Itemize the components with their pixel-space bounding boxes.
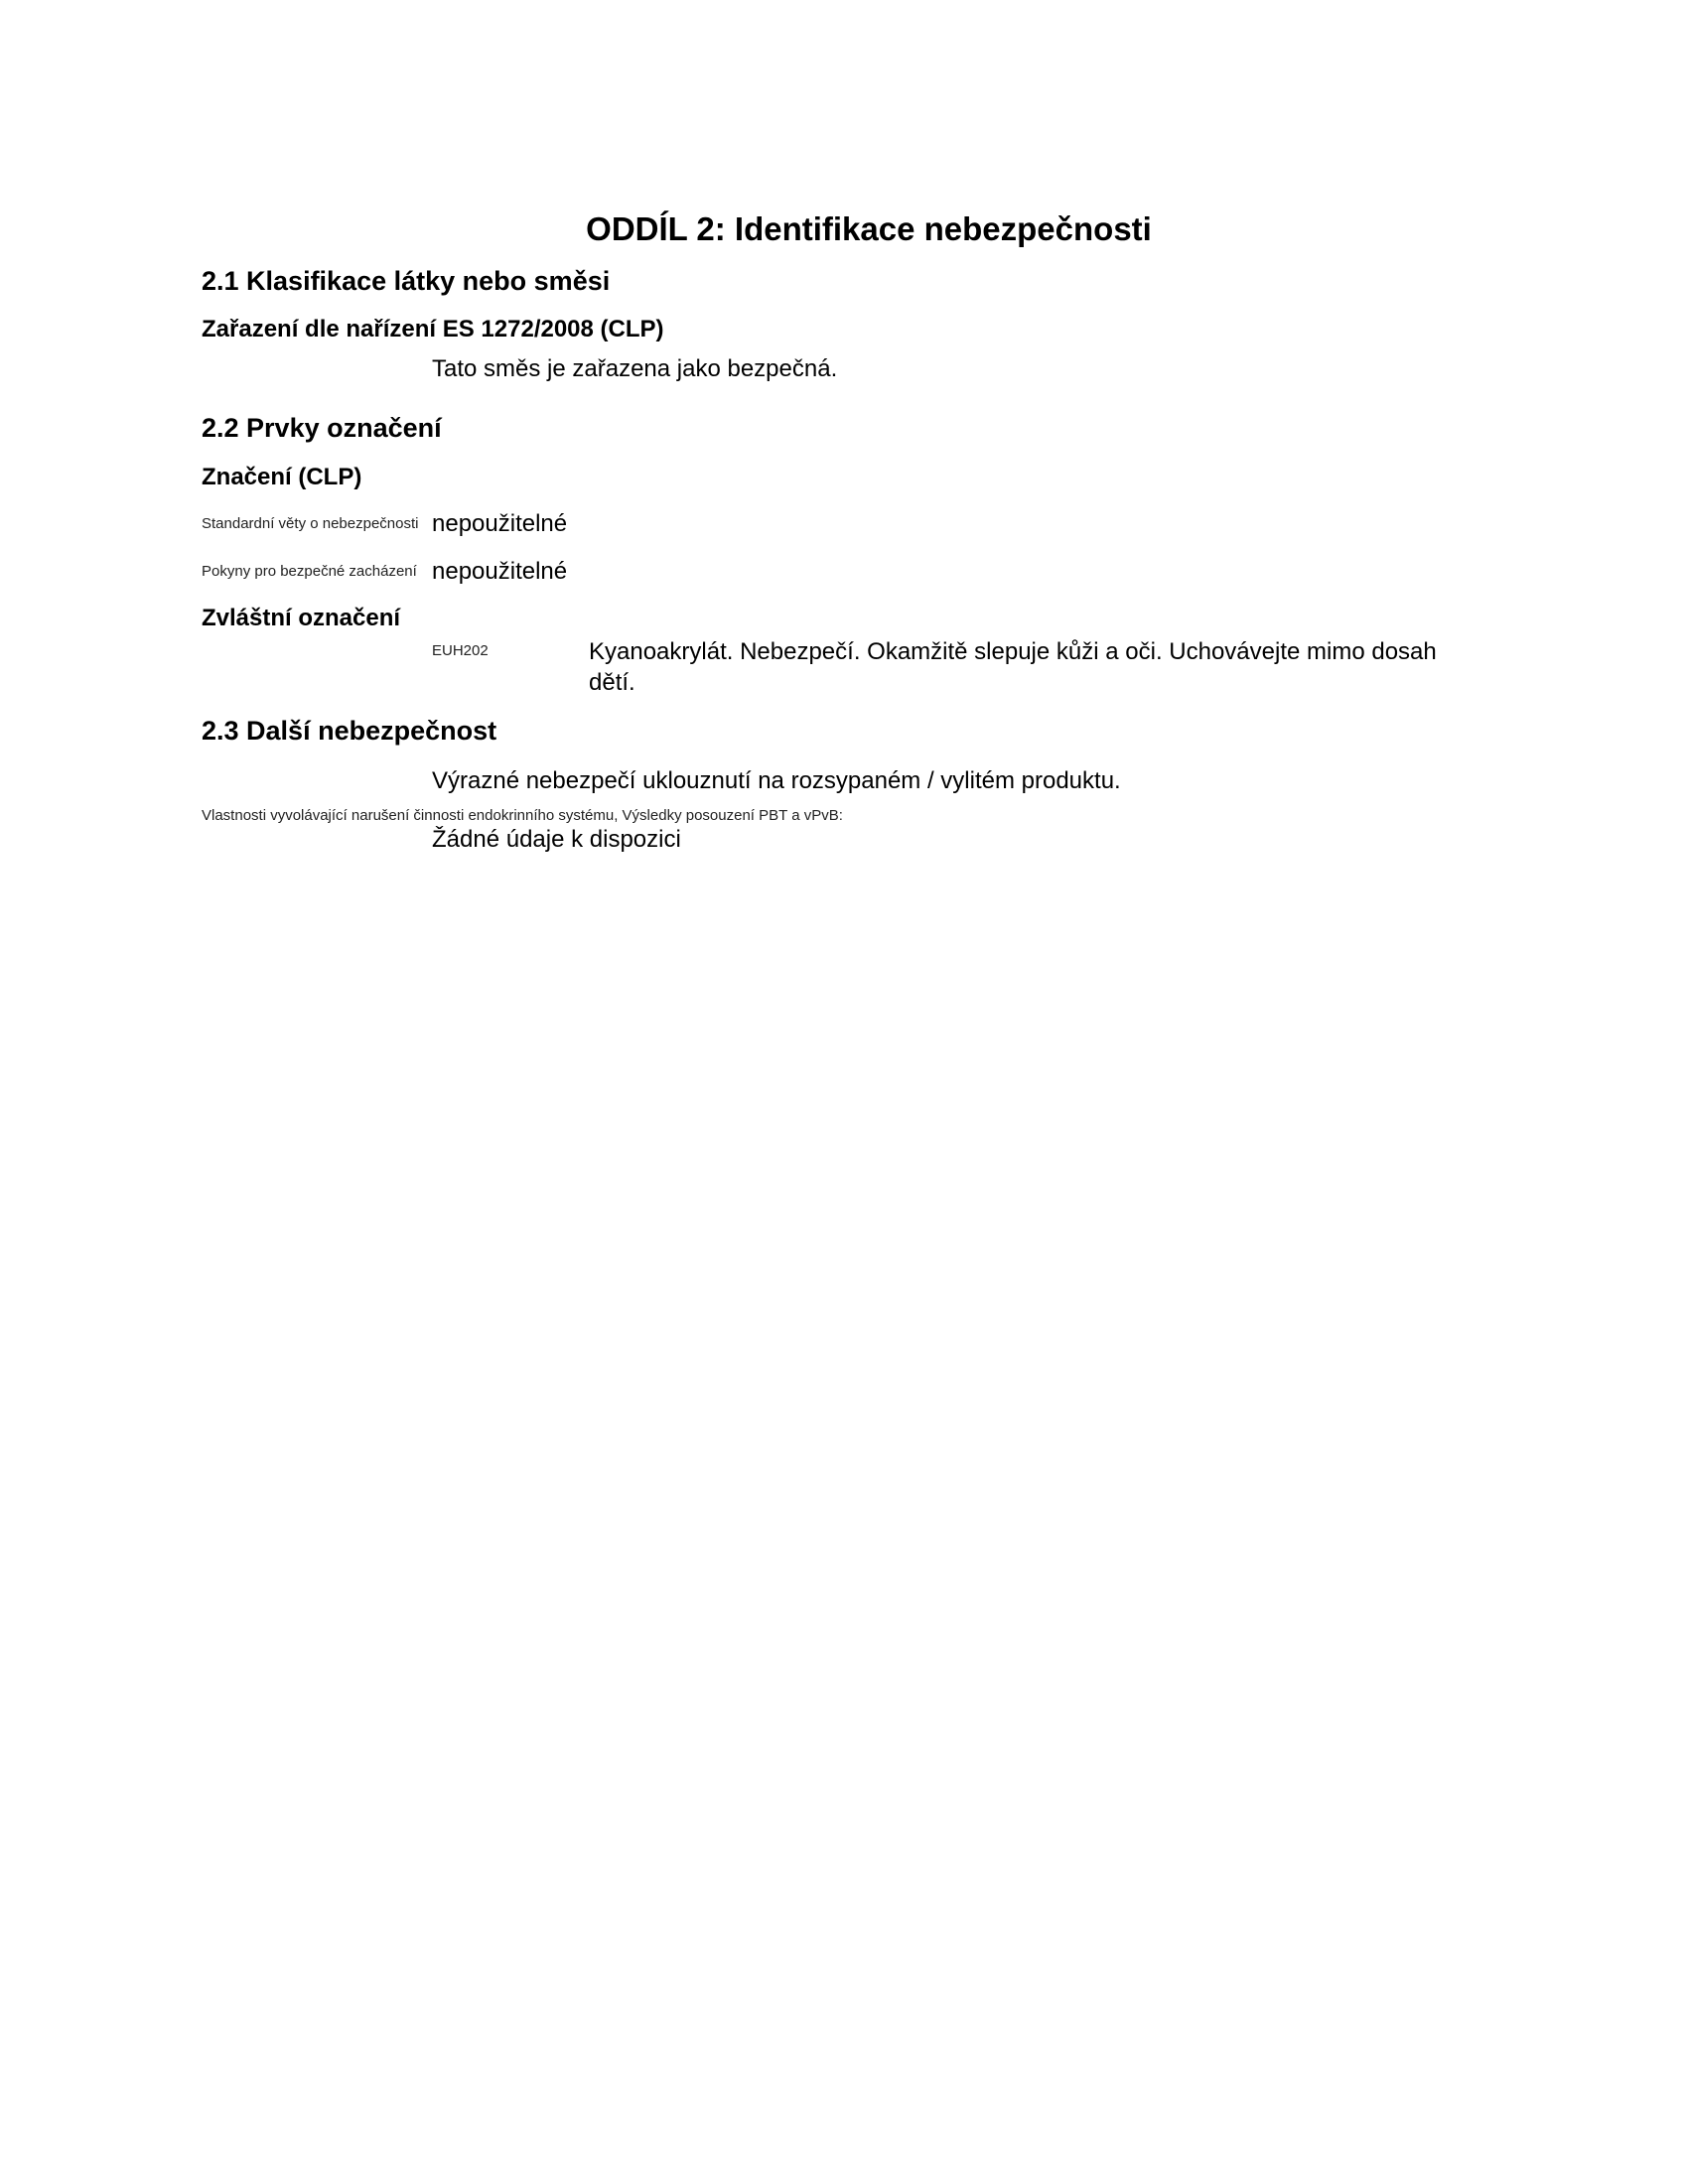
precautionary-statements-label: Pokyny pro bezpečné zacházení bbox=[202, 563, 417, 580]
subheading-special-labelling: Zvláštní označení bbox=[202, 605, 400, 632]
endocrine-pbt-value: Žádné údaje k dispozici bbox=[432, 826, 681, 854]
euh-text: Kyanoakrylát. Nebezpečí. Okamžitě slepuj… bbox=[589, 636, 1482, 698]
heading-2-3: 2.3 Další nebezpečnost bbox=[202, 716, 496, 747]
subheading-labelling: Značení (CLP) bbox=[202, 464, 361, 491]
other-hazards-text: Výrazné nebezpečí uklouznutí na rozsypan… bbox=[432, 767, 1121, 795]
heading-2-2: 2.2 Prvky označení bbox=[202, 413, 442, 444]
euh-code: EUH202 bbox=[432, 642, 489, 659]
hazard-statements-value: nepoužitelné bbox=[432, 510, 567, 538]
precautionary-statements-value: nepoužitelné bbox=[432, 558, 567, 586]
section-title: ODDÍL 2: Identifikace nebezpečnosti bbox=[0, 210, 1688, 248]
classification-text: Tato směs je zařazena jako bezpečná. bbox=[432, 355, 837, 383]
heading-2-1: 2.1 Klasifikace látky nebo směsi bbox=[202, 266, 610, 297]
subheading-classification: Zařazení dle nařízení ES 1272/2008 (CLP) bbox=[202, 316, 664, 343]
hazard-statements-label: Standardní věty o nebezpečnosti bbox=[202, 515, 418, 532]
endocrine-pbt-label: Vlastnosti vyvolávající narušení činnost… bbox=[202, 807, 843, 824]
